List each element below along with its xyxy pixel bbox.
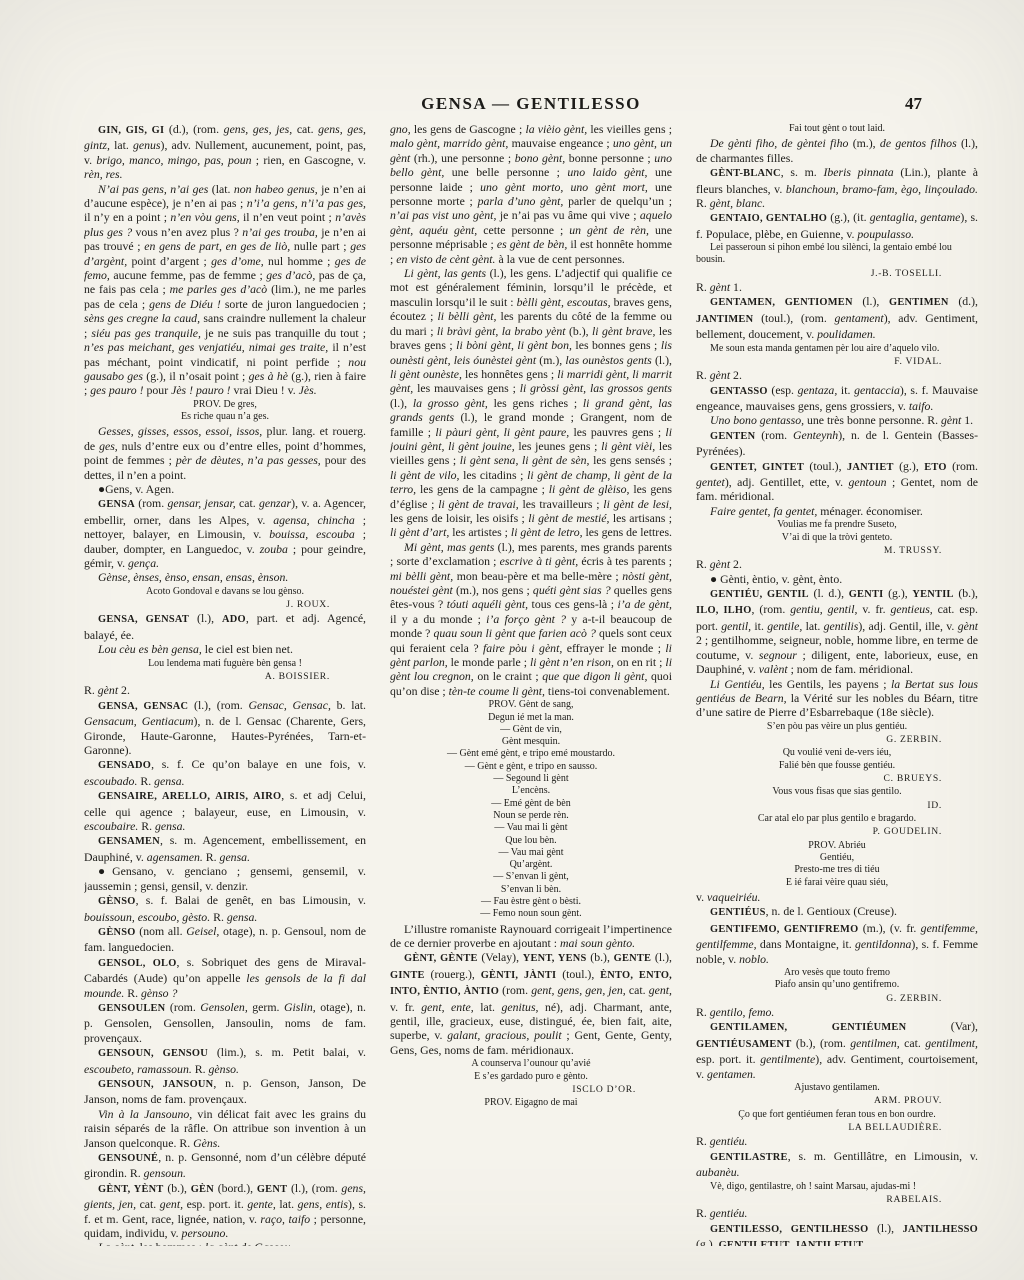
dictionary-entry-paragraph: ●Gensano, v. genciano ; gensemi, gensemi…	[84, 864, 366, 893]
text-run: GÈNSO	[98, 896, 136, 907]
text-run: lat.	[802, 619, 823, 633]
text-run: ●Gens, v. Agen.	[98, 482, 174, 496]
text-run: Li Gentiéu,	[710, 677, 765, 691]
text-run: gentilmen,	[850, 1036, 899, 1050]
dictionary-entry-paragraph: GENTILAMEN, GENTIÉUMEN (Var), GENTIÉUSAM…	[696, 1019, 978, 1081]
text-run: escoubaire.	[84, 819, 138, 833]
text-run: (rom.	[165, 1000, 200, 1014]
text-run: las ounèstos gents	[565, 353, 651, 367]
text-run: (Velay),	[478, 950, 523, 964]
text-run: 2.	[118, 683, 130, 697]
verse-line: A counserva l’ounour qu’avié	[390, 1058, 672, 1070]
text-run: gensa.	[220, 850, 250, 864]
text-run: gent,	[649, 983, 672, 997]
text-run: bouissoun, escoubo, gèsto.	[84, 910, 210, 924]
text-run: R.	[696, 368, 710, 382]
dictionary-entry-paragraph: Lou cèu es bèn gensa, le ciel est bien n…	[84, 642, 366, 656]
text-run: mai soun gènto.	[560, 936, 635, 950]
text-run: nul homme ;	[264, 254, 335, 268]
dictionary-entry-paragraph: GENSOUN, GENSOU (lim.), s. m. Petit bala…	[84, 1045, 366, 1076]
text-run: n’ai pas vist uno gènt,	[390, 208, 496, 222]
text-run: gensa.	[227, 910, 257, 924]
text-run: siéu pas ges tranquile,	[91, 326, 201, 340]
dictionary-entry-paragraph: GENTAMEN, GENTIOMEN (l.), GENTIMEN (d.),…	[696, 294, 978, 341]
text-run: gènso ?	[141, 986, 177, 1000]
text-run: (m.),	[848, 136, 880, 150]
prov-line: — Vau mai li gènt	[390, 822, 672, 834]
dictionary-entry-paragraph: GÈNSO, s. f. Balai de genêt, en bas Limo…	[84, 893, 366, 924]
text-run: GENSOUN, JANSOUN	[98, 1079, 213, 1090]
text-run: li gènt brave,	[592, 324, 655, 338]
text-run: bouissa, escouba	[269, 527, 355, 541]
text-run: GENT	[257, 1184, 287, 1195]
page-number: 47	[905, 94, 922, 114]
verse-line: V’ai di que la tròvi genteto.	[696, 532, 978, 544]
text-run: ménager. économiser.	[817, 504, 922, 518]
author-attribution: ID.	[696, 800, 978, 812]
text-run: je ne suis pas tranquille du tout ;	[201, 326, 366, 340]
text-run: aubanèu.	[696, 1165, 740, 1179]
text-run: (rom.	[135, 496, 168, 510]
verse-line: Aro vesès que touto fremo	[696, 967, 978, 979]
prov-line: — S’envan li gènt,	[390, 871, 672, 883]
text-run: (lim.), s. m. Petit balai, v.	[208, 1045, 366, 1059]
text-run: la grosso gènt,	[413, 396, 488, 410]
text-run: gens, ges, jes,	[224, 122, 293, 136]
text-run: (d.),	[949, 294, 978, 308]
verse-quote: Aro vesès que touto fremoPiafo ansin qu’…	[696, 967, 978, 992]
page-header: GENSA — GENTILESSO 47	[84, 94, 978, 120]
text-run: esp. port. it.	[696, 1052, 760, 1066]
text-run: me parles ges d’acò	[170, 282, 268, 296]
text-run: cat.	[236, 496, 259, 510]
text-run: li pàuri gènt, li gènt paure,	[435, 425, 569, 439]
text-run: (m.),	[536, 353, 565, 367]
text-run: Mi gènt, mas gents	[404, 540, 494, 554]
text-run: GENTIMEN	[889, 297, 949, 308]
dictionary-entry-paragraph: GÈNSO (nom all. Geisel, otage), n. p. Ge…	[84, 924, 366, 955]
text-run: (b.),	[587, 950, 614, 964]
text-run: li gènt de lesi,	[603, 497, 672, 511]
text-run: que que digon li gènt,	[542, 669, 647, 683]
text-run: li gènt sena, li gènt de sèn,	[460, 453, 590, 467]
text-run: li gròssi gènt, las grossos gents	[520, 381, 672, 395]
text-run: en visto de cènt gènt.	[396, 252, 495, 266]
citation: Lei passeroun si pihon embé lou silènci,…	[696, 242, 978, 266]
dictionary-entry-paragraph: v. vaqueiriéu.	[696, 890, 978, 904]
text-run: GINTE	[390, 970, 425, 981]
text-run: Li gènt, las gents	[404, 266, 486, 280]
text-run: pour	[144, 383, 172, 397]
prov-line: — Gènt de vin,	[390, 724, 672, 736]
text-run: galant, gracious, poulit	[447, 1028, 561, 1042]
text-run: li gènt ounèste,	[390, 367, 462, 381]
dictionary-entry-paragraph: Li gènt, las gents (l.), les gens. L’adj…	[390, 266, 672, 540]
text-run: GENTIÉUSAMENT	[696, 1039, 792, 1050]
text-run: R.	[696, 1005, 710, 1019]
text-run: YENTIL	[912, 589, 953, 600]
text-run: v.	[696, 890, 707, 904]
citation: Vè, digo, gentilastre, oh ! saint Marsau…	[696, 1181, 978, 1193]
text-run: gentoun	[849, 475, 887, 489]
text-run: nulle part ;	[290, 239, 350, 253]
text-run: li gènt de letro,	[511, 525, 583, 539]
text-run: GENSAIRE, ARELLO, AIRIS, AIRO	[98, 791, 281, 802]
text-run: tóuti aquéli gènt,	[447, 597, 528, 611]
text-run: gensoun.	[144, 1166, 186, 1180]
dictionary-entry-paragraph: GENTET, GINTET (toul.), JANTIET (g.), ET…	[696, 459, 978, 504]
text-run: gentaza,	[798, 383, 838, 397]
proverb: PROV. De gres,Es riche quau n’a ges.	[84, 399, 366, 424]
verse-quote: Ajustavo gentilamen.	[696, 1082, 978, 1094]
text-run: aucune femme, pas de femme ;	[110, 268, 266, 282]
text-run: Jès ! pauro !	[171, 383, 231, 397]
verse-line: Ajustavo gentilamen.	[696, 1082, 978, 1094]
verse-line: Piafo ansin qu’uno gentifremo.	[696, 979, 978, 991]
text-run: Gènse, ènses, ènso, ensan, ensas, ènson.	[98, 570, 288, 584]
text-run: li gènt de mestié,	[528, 511, 609, 525]
text-run: vaqueiriéu.	[707, 890, 760, 904]
text-run: (l.), (rom.	[188, 698, 248, 712]
dictionary-entry-paragraph: GENSOULEN (rom. Gensolen, germ. Gislin, …	[84, 1000, 366, 1045]
text-run: R.	[696, 1206, 710, 1220]
text-run: ILO, ILHO	[696, 605, 752, 616]
text-run: les citadins ;	[460, 468, 528, 482]
verse-line: Voulias me fa prendre Suseto,	[696, 519, 978, 531]
dictionary-entry-paragraph: De gènti fiho, de gèntei fiho (m.), de g…	[696, 136, 978, 165]
dictionary-entry-paragraph: R. gènt 2.	[84, 683, 366, 697]
text-run: GENSA, GENSAT	[98, 614, 189, 625]
prov-line: Que lou bèn.	[390, 835, 672, 847]
text-run: escrive à ti gènt,	[500, 554, 579, 568]
text-run: li gènt d’art,	[390, 525, 449, 539]
text-run: tous ces gens-là ;	[528, 597, 617, 611]
text-run: JANTIMEN	[696, 314, 753, 325]
text-run: valènt	[759, 662, 788, 676]
text-run: (g.),	[883, 586, 912, 600]
text-run: on en rit ;	[614, 655, 666, 669]
verse-quote: A counserva l’ounour qu’aviéE s’es garda…	[390, 1058, 672, 1083]
dictionary-entry-paragraph: R. gentiéu.	[696, 1206, 978, 1220]
author-attribution: G. ZERBIN.	[696, 734, 978, 746]
text-run: gentilment,	[925, 1036, 978, 1050]
text-run: gensa.	[155, 819, 185, 833]
text-run: esp. port. it.	[183, 1197, 247, 1211]
dictionary-entry-paragraph: R. gènt 2.	[696, 557, 978, 571]
dictionary-entry-paragraph: R. gentiéu.	[696, 1134, 978, 1148]
prov-line: Es riche quau n’a ges.	[84, 411, 366, 423]
text-run: raço, taifo	[260, 1212, 310, 1226]
text-run: La gènt,	[98, 1240, 137, 1246]
text-run: mi bèlli gènt,	[390, 569, 453, 583]
author-attribution: G. ZERBIN.	[696, 993, 978, 1005]
text-run: GENTIFEMO, GENTIFREMO	[710, 924, 858, 935]
text-run: gènt	[958, 619, 978, 633]
text-run: GENTAMEN, GENTIOMEN	[710, 297, 853, 308]
text-run: gentiéu.	[710, 1134, 748, 1148]
text-run: non habeo genus,	[234, 182, 318, 196]
text-run: GENTEN	[710, 431, 755, 442]
text-run: (l.),	[853, 294, 889, 308]
text-run: Vè, digo, gentilastre, oh ! saint Marsau…	[710, 1181, 916, 1192]
text-run: b. lat.	[331, 698, 366, 712]
text-run: , s. m.	[781, 165, 824, 179]
text-run: je n’ai pas vu âme qui vive ;	[496, 208, 639, 222]
text-run: GÈN	[191, 1184, 214, 1195]
verse-quote: Acoto Gondoval e davans se lou gènso.	[84, 586, 366, 598]
text-run: (b.),	[954, 586, 978, 600]
text-run: ADO	[222, 614, 246, 625]
text-run: (Var),	[906, 1019, 978, 1033]
text-run: ● Gènti, èntio, v. gènt, ènto.	[710, 572, 842, 586]
text-column-2: gno, les gens de Gascogne ; la vièio gèn…	[390, 122, 672, 1246]
text-run: gentilmente	[760, 1052, 815, 1066]
prov-line: — Femo noun soun gènt.	[390, 908, 672, 920]
text-run: GENTILESSO, GENTILHESSO	[710, 1224, 868, 1235]
text-run: R.	[192, 1062, 209, 1076]
prov-line: Degun ié met la man.	[390, 712, 672, 724]
dictionary-entry-paragraph: GENSADO, s. f. Ce qu’on balaye en une fo…	[84, 757, 366, 788]
text-run: (b.),	[164, 1181, 191, 1195]
text-run: GENTIÉU, GENTIL	[710, 589, 809, 600]
text-run: R.	[84, 683, 98, 697]
text-run: , (rom.	[752, 602, 791, 616]
text-run: De gènti fiho, de gèntei fiho	[710, 136, 848, 150]
text-run: gent,	[160, 1197, 183, 1211]
text-run: ges pauro !	[90, 383, 143, 397]
text-run: GENTE	[614, 953, 652, 964]
text-run: il n’y en a point ;	[84, 210, 170, 224]
dictionary-entry-paragraph: gno, les gens de Gascogne ; la vièio gèn…	[390, 122, 672, 266]
text-run: genitus,	[501, 1000, 538, 1014]
text-run: GENSADO	[98, 760, 151, 771]
text-run: (rom.	[755, 428, 793, 442]
dictionary-entry-paragraph: GIN, GIS, GI (d.), (rom. gens, ges, jes,…	[84, 122, 366, 182]
text-run: Vin à la Jansouno,	[98, 1107, 192, 1121]
text-run: GENTASSO	[710, 386, 768, 397]
text-run: GÈNT-BLANC	[710, 168, 781, 179]
text-run: gènso.	[209, 1062, 239, 1076]
text-run: (m.), nos gens ;	[453, 583, 533, 597]
text-run: (toul.),	[804, 459, 847, 473]
text-run: dans Montaigne, it.	[757, 937, 855, 951]
dictionary-entry-paragraph: GENTASSO (esp. gentaza, it. gentaccia), …	[696, 383, 978, 414]
text-run: tiens-toi convenablement.	[545, 684, 670, 698]
text-run: R.	[696, 1134, 710, 1148]
dictionary-entry-paragraph: GENTAIO, GENTALHO (g.), (it. gentaglia, …	[696, 210, 978, 241]
text-run: GENSOL, OLO	[98, 958, 177, 969]
text-run: li bèlli gènt,	[437, 309, 496, 323]
text-run: la vièio gènt,	[525, 122, 587, 136]
dictionary-entry-paragraph: ● Gènti, èntio, v. gènt, ènto.	[696, 572, 978, 586]
text-run: Iberis pinnata	[823, 165, 893, 179]
text-run: bèlli gènt, escoutas,	[517, 295, 611, 309]
prov-line: Presto-me tres di tiéu	[696, 864, 978, 876]
author-attribution: C. BRUEYS.	[696, 773, 978, 785]
text-run: li gènt de glèiso,	[549, 482, 630, 496]
text-run: 2.	[730, 557, 742, 571]
text-run: gènt	[710, 280, 730, 294]
text-run: les pauvres gens ;	[569, 425, 665, 439]
text-run: n’es pas meichant, ges venjatiéu, nimai …	[84, 340, 328, 354]
verse-quote: Car atal elo par plus gentilo e bragardo…	[696, 813, 978, 825]
scanned-dictionary-page: GENSA — GENTILESSO 47 GIN, GIS, GI (d.),…	[0, 0, 1024, 1280]
text-run: lat.	[474, 1000, 502, 1014]
dictionary-entry-paragraph: R. gènt 1.	[696, 280, 978, 294]
text-run: (rh.), une personne ;	[410, 151, 514, 165]
dictionary-entry-paragraph: R. gènt 2.	[696, 368, 978, 382]
text-run: GENTILETUT, JANTILETUT	[719, 1240, 864, 1246]
text-run: li gènt vièi,	[601, 439, 655, 453]
text-run: GENTI	[849, 589, 884, 600]
text-column-1: GIN, GIS, GI (d.), (rom. gens, ges, jes,…	[84, 122, 366, 1246]
dictionary-entry-paragraph: La gènt, les hommes ; la gènt de Gascou-	[84, 1240, 366, 1246]
dictionary-entry-paragraph: GENSOUN, JANSOUN, n. p. Genson, Janson, …	[84, 1076, 366, 1107]
text-run: GENSA	[98, 499, 135, 510]
text-run: gentaccia	[854, 383, 900, 397]
text-run: les artisans ;	[609, 511, 672, 525]
verse-line: Vous vous fisas que sias gentilo.	[696, 786, 978, 798]
text-run: de gentos filhos	[880, 136, 957, 150]
author-attribution: F. VIDAL.	[696, 356, 978, 368]
text-run: les gens de la campagne ;	[416, 482, 549, 496]
text-run: ; nom de fam. méridional.	[788, 662, 913, 676]
text-run: cat.	[900, 1036, 926, 1050]
text-run: N’ai pas gens, n’ai ges	[98, 182, 208, 196]
text-run: pèr de dèutes, n’a pas gesses,	[176, 453, 321, 467]
text-run: ), adj. Gentil, ille, v.	[858, 619, 957, 633]
text-run: GENSOULEN	[98, 1003, 165, 1014]
verse-line: Qu voulié veni de-vers iéu,	[696, 747, 978, 759]
text-run: uno gènt morto, uno gènt mort,	[480, 180, 648, 194]
text-run: gentaglia, gentame	[870, 210, 961, 224]
text-run: à la vue de cent personnes.	[496, 252, 625, 266]
text-run: R.	[696, 280, 710, 294]
text-run: zouba	[260, 542, 288, 556]
text-run: les gens de Gascogne ;	[411, 122, 526, 136]
prov-line: Gentiéu,	[696, 852, 978, 864]
dictionary-entry-paragraph: Mi gènt, mas gents (l.), mes parents, me…	[390, 540, 672, 698]
text-run: (l.),	[189, 611, 222, 625]
text-run: (bord.),	[214, 1181, 257, 1195]
verse-quote: Voulias me fa prendre Suseto,V’ai di que…	[696, 519, 978, 544]
text-run: GENTAIO, GENTALHO	[710, 213, 827, 224]
text-run: Genteynh	[793, 428, 838, 442]
text-run: R.	[124, 986, 141, 1000]
text-run: les bonnes gens ;	[572, 338, 661, 352]
text-run: les mauvaises gens ;	[413, 381, 519, 395]
text-run: 1.	[730, 280, 742, 294]
text-run: gens, entis	[298, 1197, 348, 1211]
author-attribution: ARM. PROUV.	[696, 1095, 978, 1107]
text-run: agensamen.	[147, 850, 203, 864]
text-run: mon beau-père et ma belle-mère ;	[453, 569, 622, 583]
text-run: (b.), (rom.	[792, 1036, 851, 1050]
text-run: GENSA, GENSAC	[98, 701, 188, 712]
text-run: gentiéu.	[710, 1206, 748, 1220]
verse-line: Ço que fort gentiéumen feran tous en bon…	[696, 1109, 978, 1121]
text-run: i’a forço gènt ?	[486, 612, 566, 626]
text-run: les honnêtes gens ;	[462, 367, 557, 381]
text-run: gentament	[835, 311, 884, 325]
dictionary-entry-paragraph: GENTEN (rom. Genteynh), n. de l. Gentein…	[696, 428, 978, 459]
text-run: JANTIET	[847, 462, 894, 473]
dictionary-entry-paragraph: Gesses, gisses, essos, essoi, issos, plu…	[84, 424, 366, 482]
text-run: les gens de lettres.	[583, 525, 672, 539]
text-run: Lou cèu es bèn gensa,	[98, 642, 202, 656]
text-run: R.	[696, 557, 710, 571]
text-run: gno,	[390, 122, 411, 136]
text-run: v. fr.	[857, 602, 890, 616]
text-run: effrayer le monde ;	[562, 641, 665, 655]
text-run: faire pòu i gènt,	[483, 641, 562, 655]
text-run: une très bonne personne. R.	[804, 413, 941, 427]
text-run: genzar	[259, 496, 291, 510]
text-run: lat.	[276, 1197, 298, 1211]
prov-line: — Segound li gènt	[390, 773, 672, 785]
author-attribution: ISCLO D’OR.	[390, 1084, 672, 1096]
text-run: (toul.),	[556, 967, 600, 981]
dictionary-entry-paragraph: L’illustre romaniste Raynouard corrigeai…	[390, 922, 672, 951]
verse-line: Acoto Gondoval e davans se lou gènso.	[84, 586, 366, 598]
text-run: gènt	[710, 557, 730, 571]
dictionary-entry-paragraph: GENTIÉU, GENTIL (l. d.), GENTI (g.), YEN…	[696, 586, 978, 676]
dictionary-entry-paragraph: R. gentilo, femo.	[696, 1005, 978, 1019]
verse-line: Car atal elo par plus gentilo e bragardo…	[696, 813, 978, 825]
text-run: les jeunes gens ;	[515, 439, 601, 453]
text-run: vrai Dieu ! v.	[231, 383, 299, 397]
text-run: escoubeto, ramassoun.	[84, 1062, 192, 1076]
prov-line: Noun se perde rèn.	[390, 810, 672, 822]
dictionary-entry-paragraph: GENSAIRE, ARELLO, AIRIS, AIRO, s. et adj…	[84, 788, 366, 833]
prov-line: PROV. Gènt de sang,	[390, 699, 672, 711]
text-run: 2.	[730, 368, 742, 382]
text-run: les artistes ;	[449, 525, 511, 539]
proverb: PROV. Eigagno de mai	[390, 1097, 672, 1109]
text-run: i’a de gènt,	[618, 597, 672, 611]
verse-quote: Lou lendema mati fuguère bèn gensa !	[84, 658, 366, 670]
dictionary-entry-paragraph: GENSA, GENSAC (l.), (rom. Gensac, Gensac…	[84, 698, 366, 758]
text-run: Me soun esta manda gentamen pèr lou aire…	[710, 343, 939, 354]
text-run: écris à tes parents ;	[578, 554, 672, 568]
text-run: (d.), (rom.	[164, 122, 223, 136]
author-attribution: RABELAIS.	[696, 1194, 978, 1206]
text-run: GENTILASTRE	[710, 1152, 788, 1163]
text-run: taifo.	[909, 399, 934, 413]
text-run: uno laido gènt,	[567, 165, 647, 179]
text-run: (rom.	[499, 983, 531, 997]
text-run: ges d’acò,	[266, 268, 315, 282]
text-run: les gens riches ;	[488, 396, 583, 410]
text-run: , n. de l. Gentioux (Creuse).	[766, 904, 897, 918]
author-attribution: LA BELLAUDIÈRE.	[696, 1122, 978, 1134]
text-run: il n’en veut point ;	[240, 210, 336, 224]
text-run: (l. d.),	[809, 586, 849, 600]
text-run: germ.	[248, 1000, 284, 1014]
text-run: en gens de part, en ges de liò,	[144, 239, 290, 253]
prov-line: L’encèns.	[390, 785, 672, 797]
text-run: les vieilles gens ;	[587, 122, 672, 136]
text-run: les gens de loisir, les oisifs ;	[390, 511, 528, 525]
verse-line: E s’es gardado puro e gènto.	[390, 1071, 672, 1083]
dictionary-entry-paragraph: N’ai pas gens, n’ai ges (lat. non habeo …	[84, 182, 366, 398]
dictionary-entry-paragraph: GÈNT-BLANC, s. m. Iberis pinnata (Lin.),…	[696, 165, 978, 210]
text-run: it.	[837, 383, 854, 397]
dictionary-entry-paragraph: Li Gentiéu, les Gentils, les payens ; la…	[696, 677, 978, 720]
prov-line: S’envan li bèn.	[390, 884, 672, 896]
text-run: le ciel est bien net.	[202, 642, 293, 656]
text-run: (l.),	[868, 1221, 902, 1235]
